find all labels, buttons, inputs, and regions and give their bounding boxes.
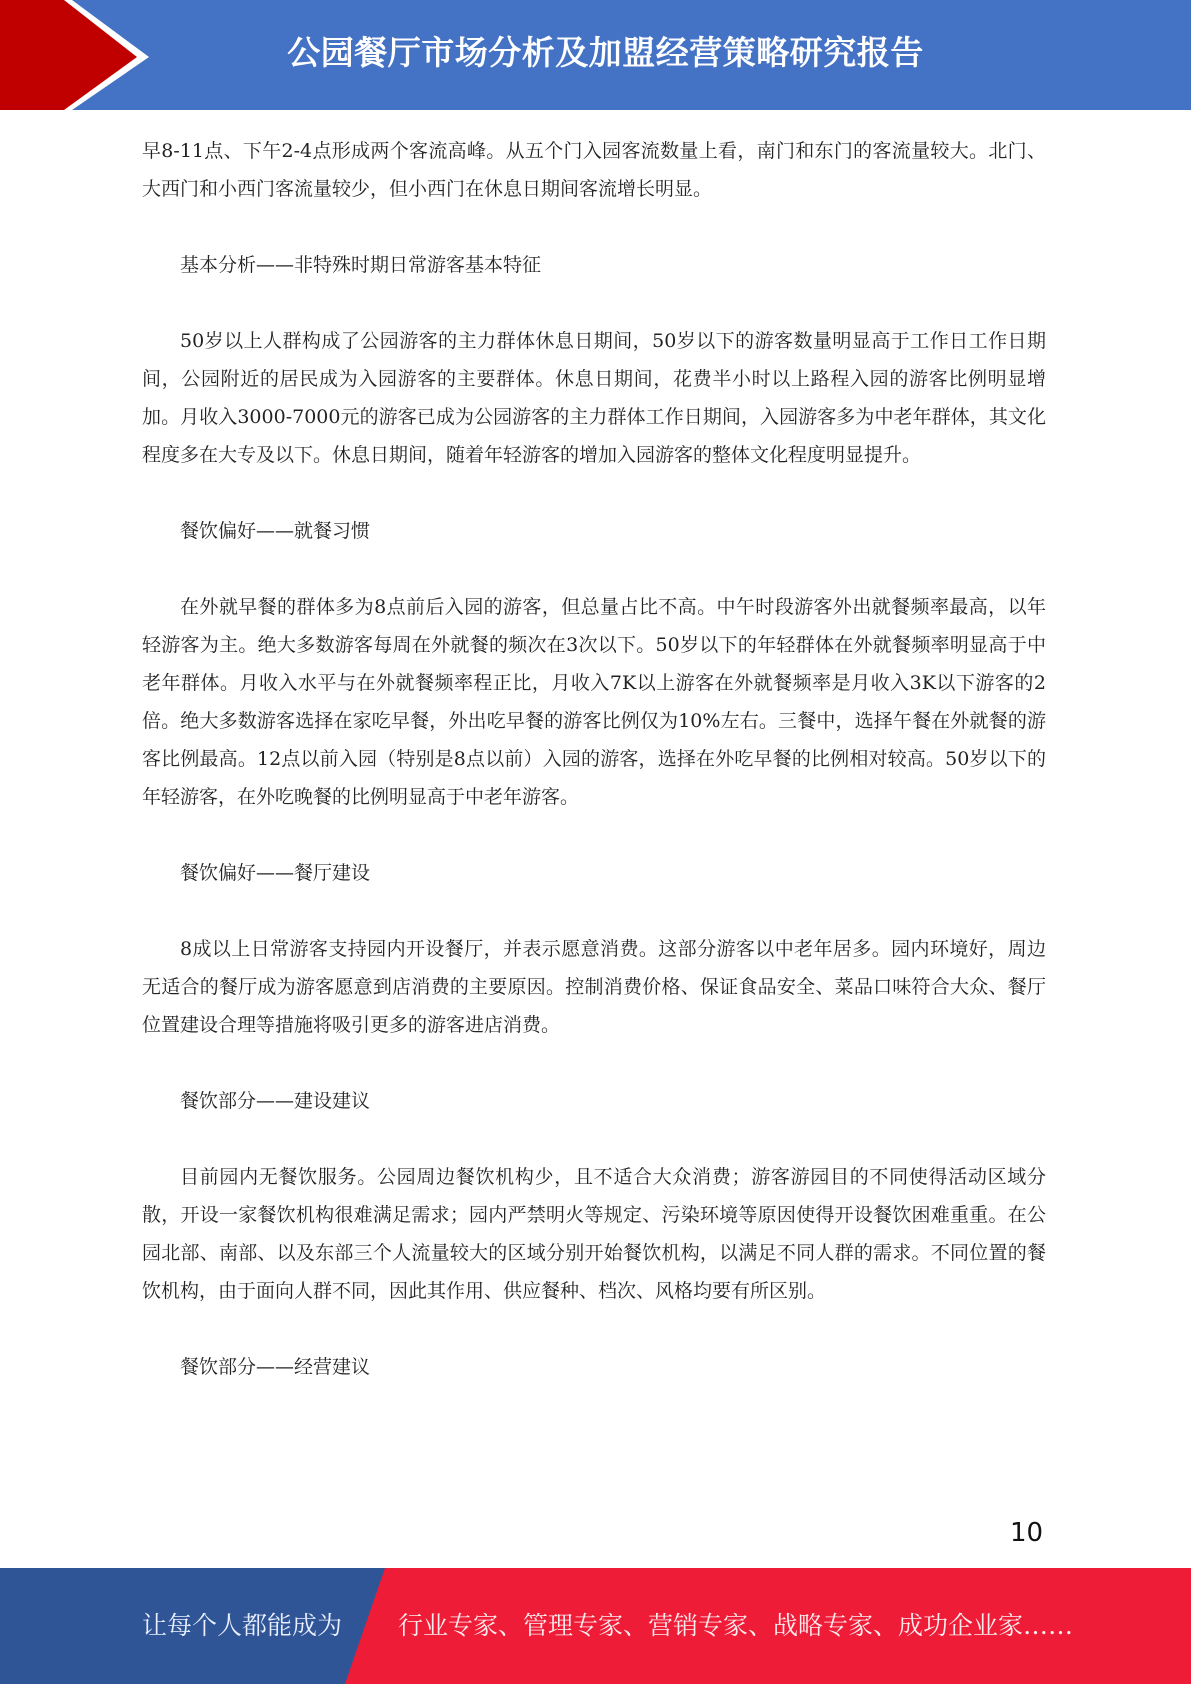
section-heading: 餐饮部分——建设建议 (142, 1082, 1046, 1120)
page-number: 10 (1010, 1518, 1043, 1548)
section-paragraph: 目前园内无餐饮服务。公园周边餐饮机构少，且不适合大众消费；游客游园目的不同使得活… (142, 1158, 1046, 1310)
section-paragraph: 在外就早餐的群体多为8点前后入园的游客，但总量占比不高。中午时段游客外出就餐频率… (142, 588, 1046, 816)
report-title: 公园餐厅市场分析及加盟经营策略研究报告 (0, 0, 1191, 110)
section-paragraph: 8成以上日常游客支持园内开设餐厅，并表示愿意消费。这部分游客以中老年居多。园内环… (142, 930, 1046, 1044)
section-heading: 餐饮部分——经营建议 (142, 1348, 1046, 1386)
section-heading: 餐饮偏好——就餐习惯 (142, 512, 1046, 550)
document-body: 早8-11点、下午2-4点形成两个客流高峰。从五个门入园客流数量上看，南门和东门… (142, 132, 1046, 1386)
section-paragraph: 50岁以上人群构成了公园游客的主力群体休息日期间，50岁以下的游客数量明显高于工… (142, 322, 1046, 474)
footer-slogan-right: 行业专家、管理专家、营销专家、战略专家、成功企业家…… (398, 1568, 1073, 1684)
continuation-paragraph: 早8-11点、下午2-4点形成两个客流高峰。从五个门入园客流数量上看，南门和东门… (142, 132, 1046, 208)
section-heading: 餐饮偏好——餐厅建设 (142, 854, 1046, 892)
footer-banner: 让每个人都能成为 行业专家、管理专家、营销专家、战略专家、成功企业家…… (0, 1568, 1191, 1684)
section-heading: 基本分析——非特殊时期日常游客基本特征 (142, 246, 1046, 284)
report-header: 公园餐厅市场分析及加盟经营策略研究报告 (0, 0, 1191, 110)
footer-slogan-left: 让每个人都能成为 (142, 1568, 342, 1684)
